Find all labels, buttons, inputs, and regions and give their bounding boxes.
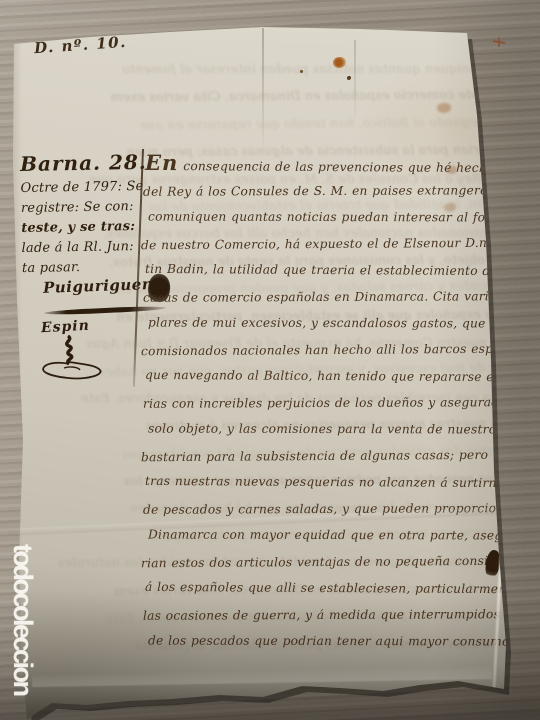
letter-line-text: consequencia de las prevenciones que hé …: [183, 159, 540, 175]
letter-body: Enconsequencia de las prevenciones que h…: [145, 151, 503, 655]
signature-flourish: [34, 334, 126, 382]
letter-line: Enconsequencia de las prevenciones que h…: [145, 150, 503, 179]
signature-puiguriguer: Puiguriguer: [43, 275, 151, 297]
letter-lead-word: En: [145, 150, 178, 175]
margin-note-line: Barna. 28.: [20, 147, 141, 179]
letter-line: tras nuestras nuevas pesquerias no alcan…: [145, 468, 503, 497]
letter-line: del Rey á los Consules de S. M. en paise…: [143, 177, 501, 205]
manuscript-paper: comuniquen quantas noticias puedan inter…: [0, 0, 540, 720]
letter-line: rias con increibles perjuicios de los du…: [143, 389, 501, 417]
archive-number-note: D. nº. 10.: [33, 33, 127, 57]
letter-line: solo objeto, y las comisiones para la ve…: [148, 416, 506, 443]
letter-line: bastarian para la subsistencia de alguna…: [141, 441, 499, 470]
margin-note-line: lade á la Rl. Jun:: [21, 237, 141, 259]
letter-line: casas de comercio españolas en Dinamarca…: [143, 283, 501, 311]
margin-registry-note: Barna. 28. Octre de 1797: Se registre: S…: [20, 147, 142, 279]
margin-note-line: Octre de 1797: Se: [20, 177, 140, 199]
letter-line: á los españoles que alli se estableciese…: [145, 574, 503, 603]
letter-line: las ocasiones de guerra, y á medida que …: [143, 601, 501, 629]
margin-note-line: registre: Se con:: [21, 197, 141, 219]
letter-line: que navegando al Baltico, han tenido que…: [145, 362, 503, 391]
wood-scratch-mark: [493, 37, 505, 47]
letter-line: de los pescados que podrian tener aqui m…: [148, 628, 506, 655]
bleedthrough-line: comuniquen quantas noticias puedan inter…: [14, 55, 505, 83]
letter-line: comisionados nacionales han hecho alli l…: [141, 335, 499, 364]
fold-crease-vertical: [354, 40, 356, 128]
letter-line: tin Badin, la utilidad que traeria el es…: [145, 256, 503, 285]
fold-crease-vertical: [262, 28, 264, 156]
letter-line: plares de mui excesivos, y escandalosos …: [148, 310, 506, 337]
manuscript-photo: comuniquen quantas noticias puedan inter…: [0, 0, 540, 720]
site-watermark: todocoleccion: [7, 544, 38, 720]
letter-line: rian estos dos articulos ventajas de no …: [141, 547, 499, 576]
margin-note-line: teste, y se tras:: [21, 217, 141, 239]
letter-line: de nuestro Comercio, há expuesto el de E…: [141, 229, 499, 258]
